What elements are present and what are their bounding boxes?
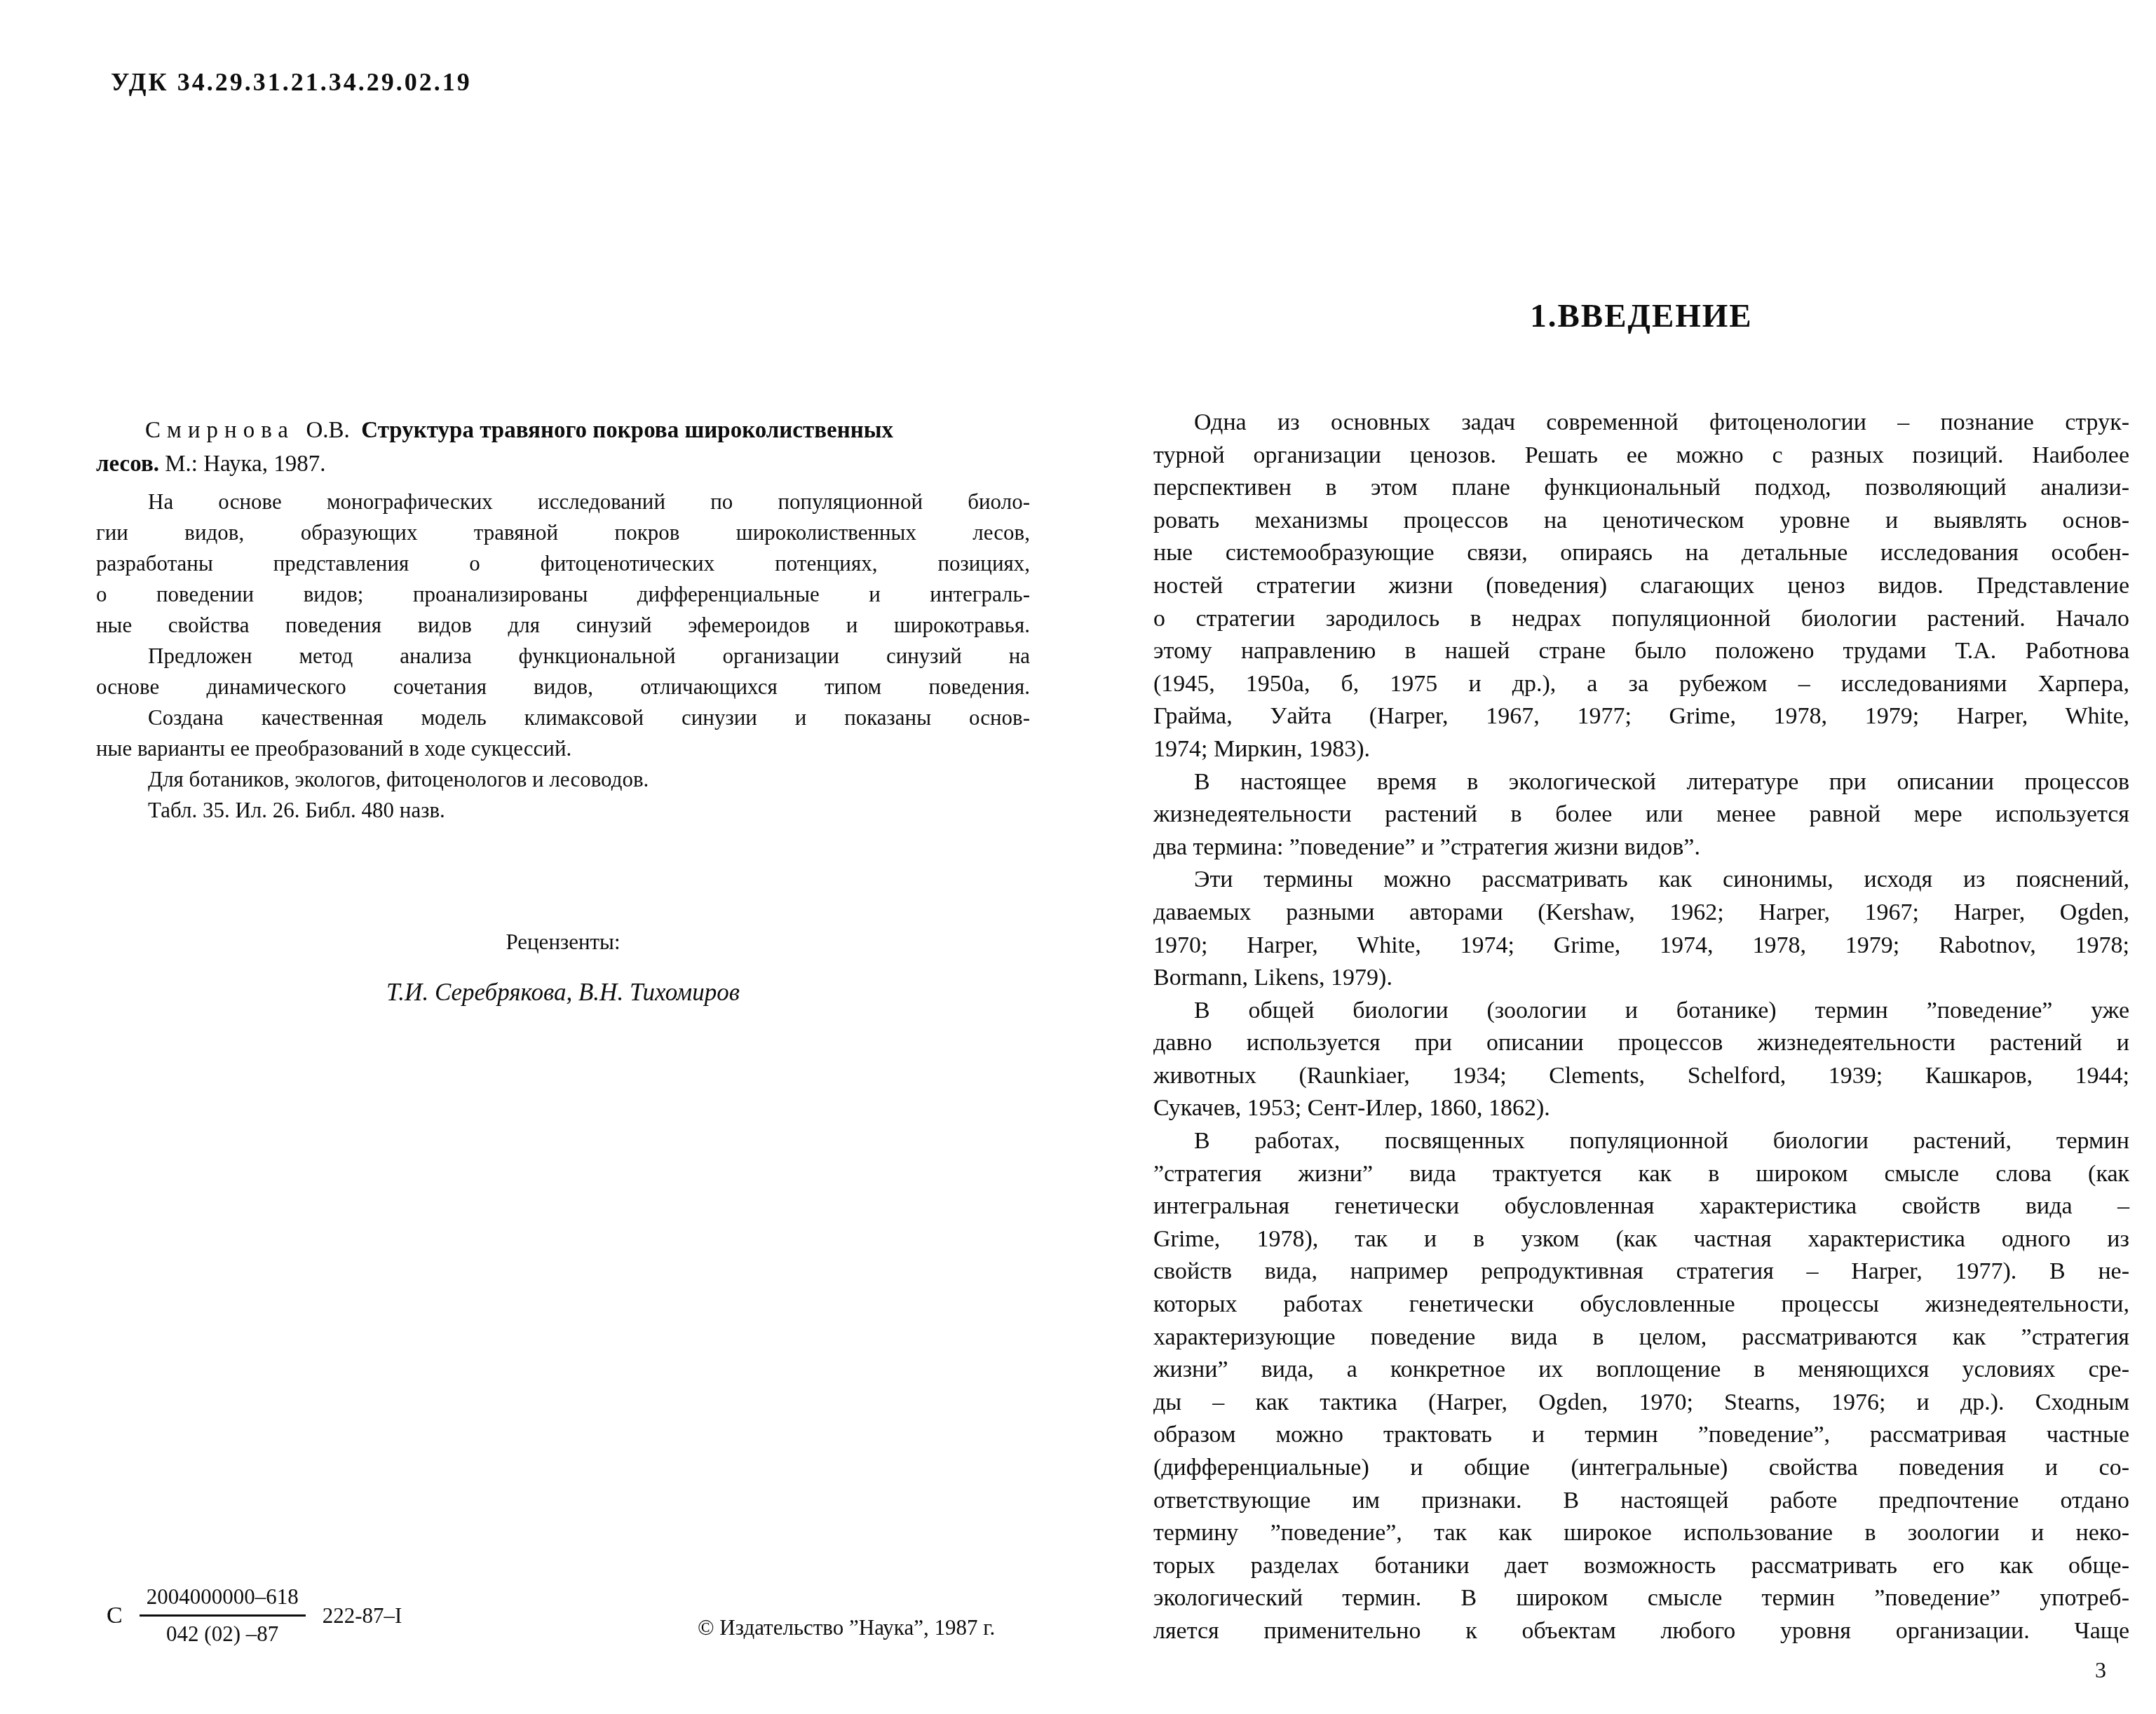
text-line: (1945, 1950а, б, 1975 и др.), а за рубеж…	[1153, 668, 2129, 701]
biblio-imprint: М.: Наука, 1987.	[165, 451, 325, 477]
text-line: ные системообразующие связи, опираясь на…	[1153, 537, 2129, 570]
imprint-letter: С	[107, 1603, 123, 1629]
reviewers-names: Т.И. Серебрякова, В.Н. Тихомиров	[96, 979, 1030, 1007]
text-line: основе динамического сочетания видов, от…	[96, 672, 1030, 702]
text-line: Грайма, Уайта (Harper, 1967, 1977; Grime…	[1153, 700, 2129, 733]
biblio-author: Смирнова	[145, 418, 294, 443]
text-line: интегральная генетически обусловленная х…	[1153, 1190, 2129, 1223]
copyright-notice: © Издательство ”Наука”, 1987 г.	[698, 1615, 995, 1640]
text-line: В настоящее время в экологической литера…	[1153, 766, 2129, 799]
text-line: два термина: ”поведение” и ”стратегия жи…	[1153, 831, 2129, 864]
text-line: даваемых разными авторами (Kershaw, 1962…	[1153, 897, 2129, 930]
text-line: Табл. 35. Ил. 26. Библ. 480 назв.	[96, 795, 1030, 826]
text-line: На основе монографических исследований п…	[96, 487, 1030, 517]
text-line: (дифференциальные) и общие (интегральные…	[1153, 1452, 2129, 1485]
text-line: 1970; Harper, White, 1974; Grime, 1974, …	[1153, 930, 2129, 963]
udc-code: УДК 34.29.31.21.34.29.02.19	[111, 67, 472, 97]
biblio-title-continued: лесов.	[96, 451, 159, 477]
text-line: характеризующие поведение вида в целом, …	[1153, 1321, 2129, 1354]
text-line: Предложен метод анализа функциональной о…	[96, 641, 1030, 672]
page-number: 3	[2095, 1657, 2106, 1683]
text-line: разработаны представления о фитоценотиче…	[96, 548, 1030, 579]
text-line: жизнедеятельности растений в более или м…	[1153, 798, 2129, 831]
text-line: турной организации ценозов. Решать ее мо…	[1153, 440, 2129, 472]
text-line: термину ”поведение”, так как широкое исп…	[1153, 1517, 2129, 1550]
text-line: торых разделах ботаники дает возможность…	[1153, 1550, 2129, 1583]
text-line: давно используется при описании процессо…	[1153, 1027, 2129, 1060]
section-title: 1.ВВЕДЕНИЕ	[1153, 297, 2129, 335]
imprint-code: С 2004000000–618 042 (02) –87 222-87–I	[107, 1583, 402, 1649]
biblio-entry: Смирнова О.В. Структура травяного покров…	[96, 414, 1030, 481]
text-line: которых работах генетически обусловленны…	[1153, 1288, 2129, 1321]
text-line: жизни” вида, а конкретное их воплощение …	[1153, 1354, 2129, 1387]
text-line: ностей стратегии жизни (поведения) слага…	[1153, 570, 2129, 603]
paragraph: В настоящее время в экологической литера…	[1153, 766, 2129, 864]
reviewers-label: Рецензенты:	[96, 930, 1030, 955]
imprint-suffix: 222-87–I	[323, 1603, 402, 1628]
text-line: ные варианты ее преобразований в ходе су…	[96, 733, 1030, 764]
paragraph: Предложен метод анализа функциональной о…	[96, 641, 1030, 702]
paragraph: На основе монографических исследований п…	[96, 487, 1030, 641]
text-line: перспективен в этом плане функциональный…	[1153, 472, 2129, 505]
text-line: Grime, 1978), так и в узком (как частная…	[1153, 1223, 2129, 1256]
text-line: ровать механизмы процессов на ценотическ…	[1153, 505, 2129, 538]
text-line: образом можно трактовать и термин ”повед…	[1153, 1419, 2129, 1452]
biblio-initials: О.В.	[306, 418, 350, 443]
text-line: В общей биологии (зоологии и ботанике) т…	[1153, 995, 2129, 1028]
text-line: Bormann, Likens, 1979).	[1153, 962, 2129, 995]
paragraph: Для ботаников, экологов, фитоценологов и…	[96, 764, 1030, 795]
book-scan-page-spread: УДК 34.29.31.21.34.29.02.19 Смирнова О.В…	[0, 0, 2156, 1714]
text-line: Для ботаников, экологов, фитоценологов и…	[96, 764, 1030, 795]
text-line: Создана качественная модель климаксовой …	[96, 702, 1030, 733]
text-line: экологический термин. В широком смысле т…	[1153, 1582, 2129, 1615]
text-line: Эти термины можно рассматривать как сино…	[1153, 864, 2129, 897]
imprint-fraction-denominator: 042 (02) –87	[140, 1617, 306, 1648]
text-line: гии видов, образующих травяной покров ши…	[96, 517, 1030, 548]
text-line: В работах, посвященных популяционной био…	[1153, 1125, 2129, 1158]
text-line: ды – как тактика (Harper, Ogden, 1970; S…	[1153, 1387, 2129, 1420]
text-line: Сукачев, 1953; Сент-Илер, 1860, 1862).	[1153, 1092, 2129, 1125]
annotation-block: На основе монографических исследований п…	[96, 487, 1030, 826]
paragraph: В работах, посвященных популяционной био…	[1153, 1125, 2129, 1648]
text-line: ные свойства поведения видов для синузий…	[96, 610, 1030, 641]
text-line: ”стратегия жизни” вида трактуется как в …	[1153, 1158, 2129, 1191]
text-line: этому направлению в нашей стране было по…	[1153, 635, 2129, 668]
biblio-title: Структура травяного покрова широколистве…	[361, 418, 893, 443]
paragraph: В общей биологии (зоологии и ботанике) т…	[1153, 995, 2129, 1125]
paragraph: Табл. 35. Ил. 26. Библ. 480 назв.	[96, 795, 1030, 826]
biblio-line: Смирнова О.В. Структура травяного покров…	[96, 414, 1030, 447]
imprint-fraction-numerator: 2004000000–618	[140, 1583, 306, 1617]
text-line: свойств вида, например репродуктивная ст…	[1153, 1256, 2129, 1288]
paragraph: Одна из основных задач современной фитоц…	[1153, 407, 2129, 766]
biblio-line: лесов. М.: Наука, 1987.	[96, 447, 1030, 481]
text-line: ляется применительно к объектам любого у…	[1153, 1615, 2129, 1648]
text-line: о стратегии зародилось в недрах популяци…	[1153, 603, 2129, 636]
text-line: ответствующие им признаки. В настоящей р…	[1153, 1485, 2129, 1518]
text-line: животных (Raunkiaer, 1934; Clements, Sch…	[1153, 1060, 2129, 1093]
imprint-fraction: 2004000000–618 042 (02) –87	[140, 1583, 306, 1649]
paragraph: Создана качественная модель климаксовой …	[96, 702, 1030, 764]
paragraph: Эти термины можно рассматривать как сино…	[1153, 864, 2129, 994]
text-line: 1974; Миркин, 1983).	[1153, 733, 2129, 766]
body-text: Одна из основных задач современной фитоц…	[1153, 407, 2129, 1648]
text-line: о поведении видов; проанализированы дифф…	[96, 579, 1030, 610]
text-line: Одна из основных задач современной фитоц…	[1153, 407, 2129, 440]
